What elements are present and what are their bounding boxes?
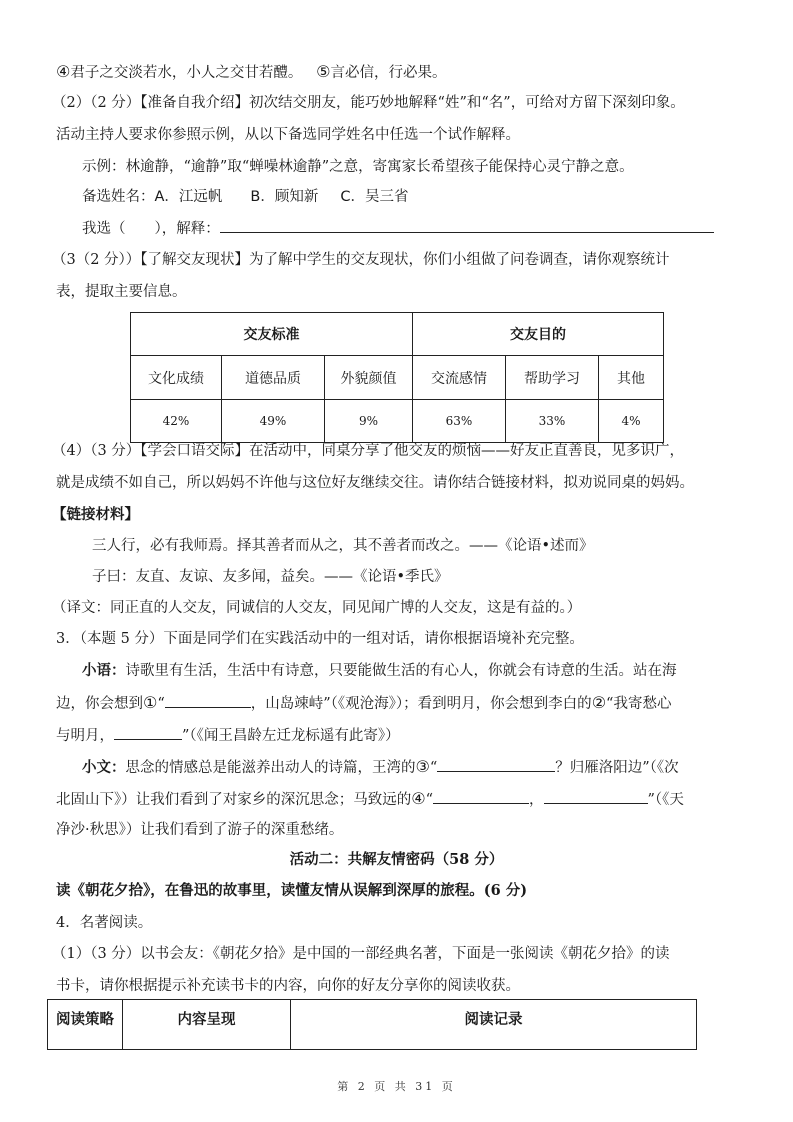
page-number: 第 2 页 共 31 页 [0, 1078, 793, 1094]
section-subtitle: 读《朝花夕拾》，在鲁迅的故事里，读懂友情从误解到深厚的旅程。(6 分) [56, 881, 527, 901]
blank-number: ① [143, 693, 157, 712]
dialogue-xiaowen-line2: 北固山下》）让我们看到了对家乡的深沉思念；马致远的④“，”（《天 [56, 789, 684, 810]
question-text: （4）（3 分）【学会口语交际】在活动中，同桌分享了他交友的烦恼——好友正直善良… [52, 441, 684, 461]
item-number: ⑤ [316, 62, 330, 81]
dialogue-text: “我寄愁心 [606, 696, 671, 712]
column-header: 内容呈现 [123, 1000, 291, 1050]
survey-table: 交友标准 交友目的 文化成绩 道德品质 外貌颜值 交流感情 帮助学习 其他 42… [130, 312, 664, 443]
table-cell: 42% [131, 400, 222, 443]
dialogue-text: 诗歌里有生活，生活中有诗意，只要能做生活的有心人，你就会有诗意的生活。站在海 [126, 663, 677, 679]
column-header: 其他 [599, 356, 664, 400]
dialogue-text: 边，你会想到 [56, 696, 143, 712]
speaker-label: 小语： [82, 662, 126, 679]
table-cell: 9% [325, 400, 413, 443]
material-quote: 子曰：友直、友谅、友多闻，益矣。——《论语•季氏》 [92, 567, 449, 587]
name-options: 备选姓名：A．江远帆B．顾知新C．吴三省 [82, 187, 409, 207]
column-header: 阅读策略 [48, 1000, 123, 1050]
dialogue-text: ”（《闻王昌龄左迁龙标遥有此寄》） [182, 728, 400, 744]
proverb-text: 君子之交淡若水，小人之交甘若醴。 [70, 65, 302, 81]
dialogue-xiaowen: 小文：思念的情感总是能滋养出动人的诗篇，王湾的③“？归雁洛阳边”（《次 [82, 757, 679, 778]
answer-line: 我选（ ），解释： [82, 218, 714, 239]
column-header: 阅读记录 [291, 1000, 697, 1050]
fill-blank-1[interactable] [165, 693, 251, 708]
question-title: 4．名著阅读。 [56, 913, 152, 933]
question-title: 3．（本题 5 分）下面是同学们在实践活动中的一组对话，请你根据语境补充完整。 [56, 629, 584, 649]
dialogue-xiaoyu: 小语：诗歌里有生活，生活中有诗意，只要能做生活的有心人，你就会有诗意的生活。站在… [82, 661, 677, 681]
dialogue-text: 北固山下》）让我们看到了对家乡的深沉思念；马致远的 [56, 792, 411, 808]
material-quote: 三人行，必有我师焉。择其善者而从之，其不善者而改之。——《论语•述而》 [92, 536, 594, 556]
question-text: 就是成绩不如自己，所以妈妈不许他与这位好友继续交往。请你结合链接材料，拟劝说同桌… [56, 473, 694, 493]
blank-number: ③ [416, 757, 430, 776]
dialogue-text: “ [426, 792, 433, 808]
answer-blank[interactable] [220, 218, 714, 233]
question-text: 活动主持人要求你参照示例，从以下备选同学姓名中任选一个试作解释。 [56, 125, 520, 145]
dialogue-text: ？归雁洛阳边”（《次 [555, 760, 678, 776]
dialogue-text: 思念的情感总是能滋养出动人的诗篇，王湾的 [126, 760, 416, 776]
group-header: 交友目的 [413, 313, 664, 356]
table-cell: 63% [413, 400, 506, 443]
question-text: （3（2 分））【了解交友现状】为了解中学生的交友现状，你们小组做了问卷调查，请… [52, 250, 670, 270]
material-title: 【链接材料】 [52, 505, 139, 525]
question-text: （1）（3 分）以书会友：《朝花夕拾》是中国的一部经典名著，下面是一张阅读《朝花… [52, 944, 670, 964]
dialogue-text: “ [157, 696, 164, 712]
section-title: 活动二：共解友情密码（58 分） [0, 850, 793, 870]
question-text: 表，提取主要信息。 [56, 282, 187, 302]
dialogue-text: ，山岛竦峙”（《观沧海》）；看到明月，你会想到李白的 [251, 696, 592, 712]
dialogue-xiaoyu-line2: 边，你会想到①“，山岛竦峙”（《观沧海》）；看到明月，你会想到李白的②“我寄愁心 [56, 693, 671, 714]
group-header: 交友标准 [131, 313, 413, 356]
column-header: 交流感情 [413, 356, 506, 400]
dialogue-text: “ [430, 760, 437, 776]
table-cell: 49% [222, 400, 325, 443]
question-text: 书卡，请你根据提示补充读书卡的内容，向你的好友分享你的阅读收获。 [56, 976, 520, 996]
item-number: ④ [56, 62, 70, 81]
reading-card-table: 阅读策略 内容呈现 阅读记录 [47, 999, 697, 1050]
column-header: 外貌颜值 [325, 356, 413, 400]
proverb-text: 言必信，行必果。 [331, 65, 447, 81]
column-header: 道德品质 [222, 356, 325, 400]
blank-number: ② [592, 693, 606, 712]
proverb-items: ④君子之交淡若水，小人之交甘若醴。 ⑤言必信，行必果。 [56, 62, 447, 83]
answer-prefix: 我选（ ），解释： [82, 221, 220, 237]
dialogue-text: 净沙·秋思》）让我们看到了游子的深重愁绪。 [56, 820, 343, 840]
option-c: C．吴三省 [340, 189, 408, 205]
example-text: 示例：林逾静，“逾静”取“蝉噪林逾静”之意，寄寓家长希望孩子能保持心灵宁静之意。 [82, 157, 634, 177]
fill-blank-4b[interactable] [544, 789, 648, 804]
table-cell: 33% [506, 400, 599, 443]
dialogue-text: 与明月， [56, 728, 114, 744]
option-b: B．顾知新 [250, 189, 318, 205]
fill-blank-2[interactable] [114, 725, 182, 740]
option-a: A．江远帆 [155, 189, 223, 205]
blank-number: ④ [411, 789, 425, 808]
fill-blank-3[interactable] [437, 757, 555, 772]
table-cell: 4% [599, 400, 664, 443]
column-header: 文化成绩 [131, 356, 222, 400]
fill-blank-4a[interactable] [433, 789, 529, 804]
column-header: 帮助学习 [506, 356, 599, 400]
dialogue-text: ”（《天 [648, 792, 684, 808]
dialogue-text: ， [529, 792, 544, 808]
translation-text: （译文：同正直的人交友，同诚信的人交友，同见闻广博的人交友，这是有益的。） [52, 598, 581, 618]
speaker-label: 小文： [82, 759, 126, 776]
options-label: 备选姓名： [82, 189, 155, 205]
question-text: （2）（2 分）【准备自我介绍】初次结交朋友，能巧妙地解释“姓”和“名”，可给对… [52, 93, 685, 113]
dialogue-xiaoyu-line3: 与明月，”（《闻王昌龄左迁龙标遥有此寄》） [56, 725, 400, 746]
